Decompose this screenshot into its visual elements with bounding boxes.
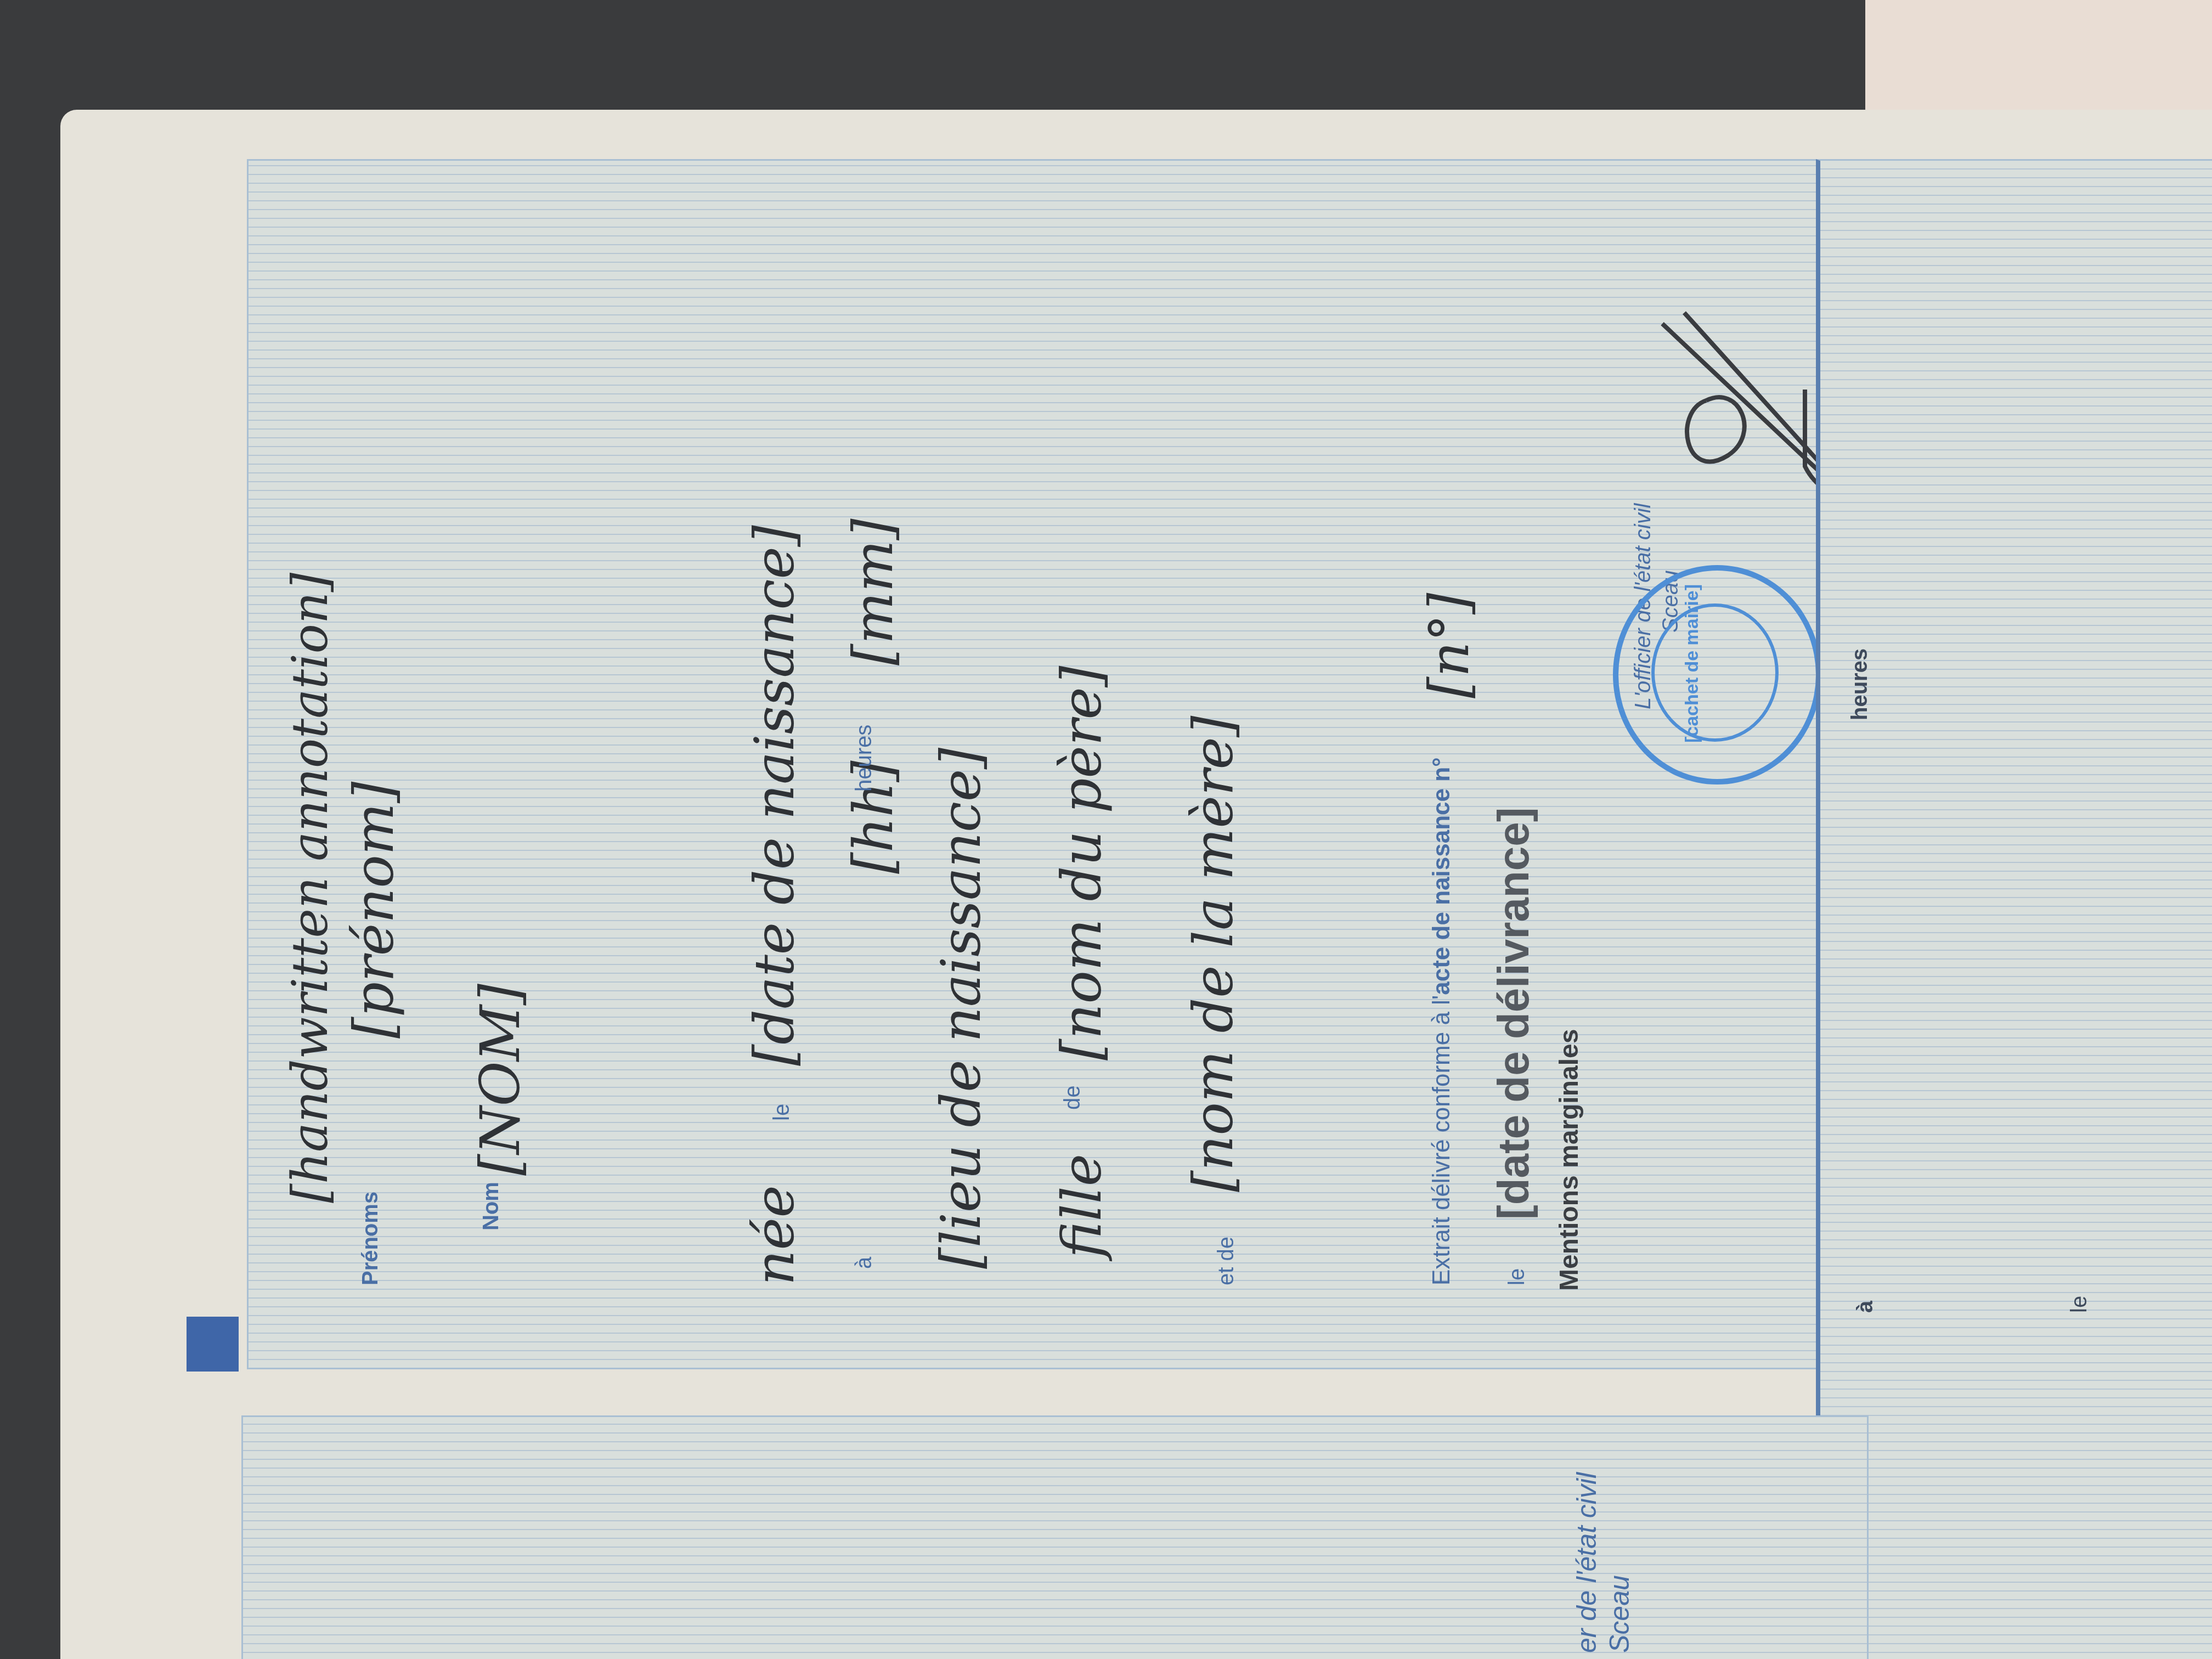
stamp-emblem	[1651, 603, 1779, 742]
father-name: [nom du père]	[1049, 665, 1114, 1060]
certificate-page: [handwritten annotation] Prénoms [prénom…	[247, 159, 1869, 1369]
left-page: er de l'état civil Sceau	[241, 1415, 1869, 1659]
acte-label: acte de naissance n°	[1428, 757, 1455, 995]
facing-page: à heures le	[1816, 159, 2212, 1659]
le-label: le	[770, 1104, 794, 1121]
prenoms-value: [prénom]	[342, 782, 406, 1039]
lower-a-label: à	[1853, 1301, 1878, 1313]
issue-date-stamp: [date de délivrance]	[1488, 808, 1539, 1220]
lower-le-label: le	[2067, 1296, 2092, 1313]
nom-label: Nom	[479, 1182, 503, 1231]
mother-name: [nom de la mère]	[1181, 715, 1245, 1192]
fille-label: fille	[1049, 1154, 1114, 1258]
birth-minutes: [mm]	[841, 518, 905, 665]
nom-value: [NOM]	[468, 984, 532, 1176]
mairie-stamp: [cachet de mairie]	[1613, 565, 1821, 785]
nee-label: née	[742, 1185, 806, 1285]
heures-label: heures	[852, 725, 877, 792]
stamp-text: [cachet de mairie]	[1681, 584, 1703, 743]
birth-place: [lieu de naissance]	[929, 748, 993, 1269]
handwritten-note: [handwritten annotation]	[281, 573, 339, 1203]
lower-heures-label: heures	[1848, 648, 1872, 720]
issue-le-label: le	[1505, 1268, 1530, 1285]
left-officer-label: er de l'état civil	[1571, 1472, 1602, 1653]
acte-number: [n°]	[1417, 593, 1481, 698]
extrait-label: Extrait délivré conforme à l'	[1428, 995, 1455, 1285]
booklet-blue-tab	[187, 1317, 239, 1372]
left-sceau-label: Sceau	[1604, 1575, 1635, 1653]
et-de-label: et de	[1214, 1237, 1239, 1285]
de-label: de	[1060, 1086, 1085, 1110]
family-booklet: [handwritten annotation] Prénoms [prénom…	[60, 110, 2212, 1659]
a-label: à	[852, 1257, 877, 1269]
mentions-marginales-label: Mentions marginales	[1554, 1029, 1584, 1291]
birth-date: [date de naissance]	[742, 525, 806, 1066]
prenoms-label: Prénoms	[358, 1192, 382, 1285]
